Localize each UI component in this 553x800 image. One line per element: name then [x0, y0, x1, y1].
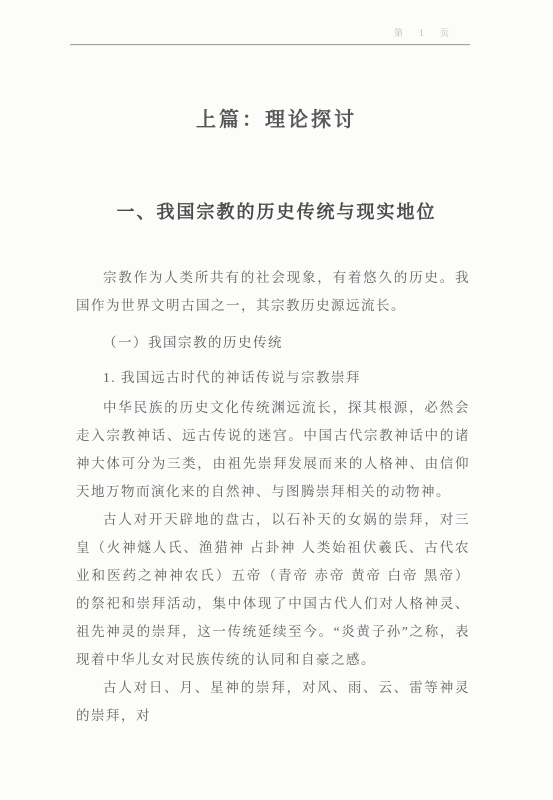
- page-number-label: 第 1 页: [70, 26, 470, 39]
- paragraph-nature-worship: 古人对日、月、星神的崇拜，对风、雨、云、雷等神灵的崇拜，对: [76, 674, 470, 730]
- paragraph-ancestor-worship: 古人对开天辟地的盘古，以石补天的女娲的崇拜，对三皇（火神燧人氏、渔猎神 占卦神 …: [76, 506, 470, 674]
- part-title: 上篇：理论探讨: [0, 103, 553, 132]
- body-text: 宗教作为人类所共有的社会现象，有着悠久的历史。我国作为世界文明古国之一，其宗教历…: [76, 264, 470, 730]
- paragraph-intro: 宗教作为人类所共有的社会现象，有着悠久的历史。我国作为世界文明古国之一，其宗教历…: [76, 264, 470, 320]
- chapter-title: 一、我国宗教的历史传统与现实地位: [0, 198, 553, 224]
- page-header: 第 1 页: [70, 26, 470, 45]
- header-rule: [70, 44, 470, 45]
- subsection-heading: 1. 我国远古时代的神话传说与宗教崇拜: [76, 364, 470, 392]
- book-page: 第 1 页 上篇：理论探讨 一、我国宗教的历史传统与现实地位 宗教作为人类所共有…: [0, 0, 553, 800]
- paragraph-mythology: 中华民族的历史文化传统渊远流长，探其根源，必然会走入宗教神话、远古传说的迷宫。中…: [76, 394, 470, 506]
- section-heading: （一）我国宗教的历史传统: [76, 329, 470, 357]
